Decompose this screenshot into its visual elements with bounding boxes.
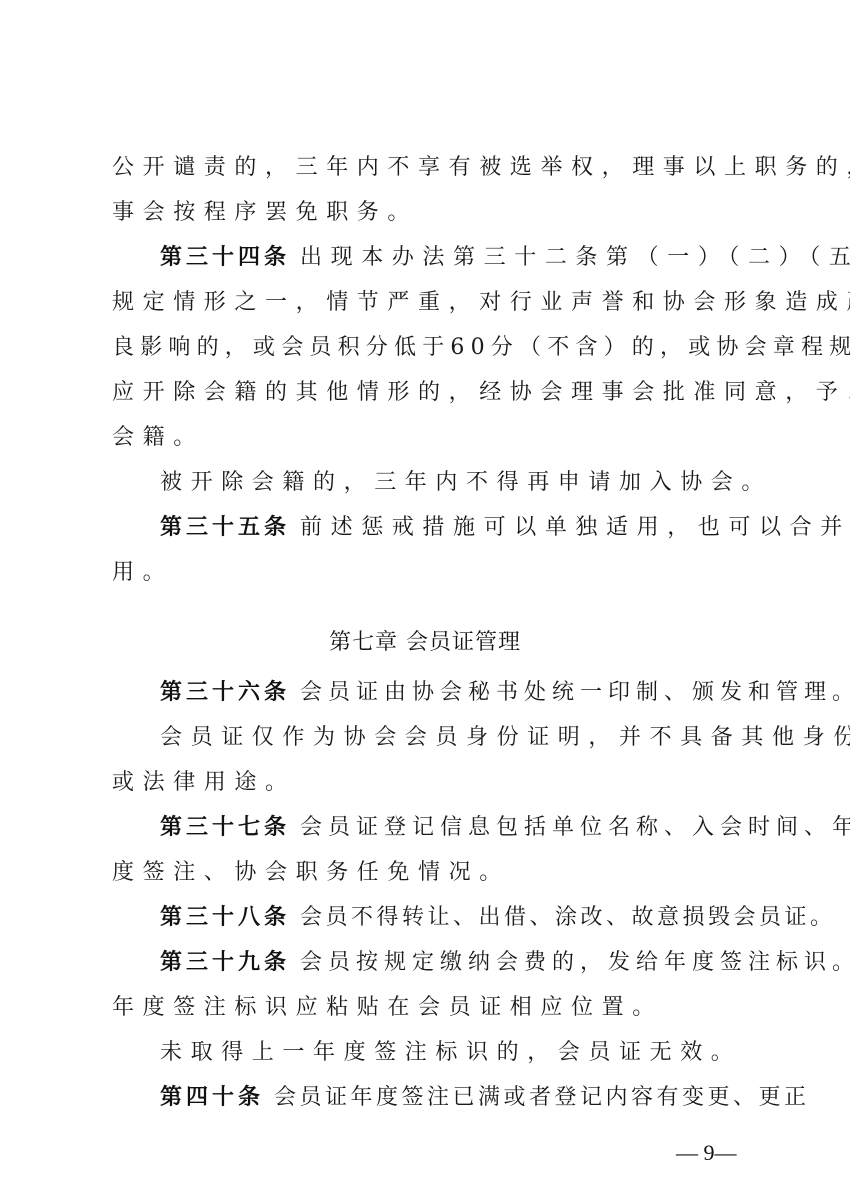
article-39: 第三十九条会员按规定缴纳会费的，发给年度签注标识。: [160, 948, 742, 978]
paragraph-line: 会员证仅作为协会会员身份证明，并不具备其他身份证明: [160, 723, 742, 753]
paragraph-line: 度签注、协会职务任免情况。: [112, 858, 742, 888]
article-text: 出现本办法第三十二条第（一）（二）（五）: [300, 245, 850, 270]
article-text: 会员按规定缴纳会费的，发给年度签注标识。: [300, 950, 850, 975]
document-page: 公开谴责的，三年内不享有被选举权，理事以上职务的，由理 事会按程序罢免职务。 第…: [0, 0, 850, 1203]
article-text: 会员不得转让、出借、涂改、故意损毁会员证。: [300, 905, 836, 930]
article-heading: 第三十五条: [160, 515, 290, 540]
article-37: 第三十七条会员证登记信息包括单位名称、入会时间、年: [160, 813, 742, 843]
article-heading: 第三十六条: [160, 680, 290, 705]
paragraph-line: 年度签注标识应粘贴在会员证相应位置。: [112, 993, 742, 1023]
article-text: 前述惩戒措施可以单独适用，也可以合并适: [300, 515, 850, 540]
chapter-title: 第七章 会员证管理: [0, 625, 850, 656]
article-heading: 第三十九条: [160, 950, 290, 975]
article-38: 第三十八条会员不得转让、出借、涂改、故意损毁会员证。: [160, 903, 742, 933]
article-text: 会员证登记信息包括单位名称、入会时间、年: [300, 815, 850, 840]
article-text: 会员证年度签注已满或者登记内容有变更、更正: [274, 1085, 810, 1110]
paragraph-line: 规定情形之一，情节严重，对行业声誉和协会形象造成严重不: [112, 288, 742, 318]
article-heading: 第三十七条: [160, 815, 290, 840]
article-36: 第三十六条会员证由协会秘书处统一印制、颁发和管理。: [160, 678, 742, 708]
paragraph-line: 未取得上一年度签注标识的，会员证无效。: [160, 1038, 742, 1068]
article-heading: 第三十八条: [160, 905, 290, 930]
article-34: 第三十四条出现本办法第三十二条第（一）（二）（五）: [160, 243, 742, 273]
paragraph-line: 或法律用途。: [112, 768, 742, 798]
paragraph-line: 会籍。: [112, 423, 742, 453]
paragraph-line: 公开谴责的，三年内不享有被选举权，理事以上职务的，由理: [112, 153, 742, 183]
article-heading: 第三十四条: [160, 245, 290, 270]
paragraph-line: 事会按程序罢免职务。: [112, 198, 742, 228]
paragraph-line: 良影响的，或会员积分低于60分（不含）的，或协会章程规定: [112, 333, 742, 363]
article-35: 第三十五条前述惩戒措施可以单独适用，也可以合并适: [160, 513, 742, 543]
article-text: 会员证由协会秘书处统一印制、颁发和管理。: [300, 680, 850, 705]
page-number: — 9—: [676, 1140, 737, 1166]
paragraph-line: 被开除会籍的，三年内不得再申请加入协会。: [160, 468, 742, 498]
paragraph-line: 应开除会籍的其他情形的，经协会理事会批准同意，予以开除: [112, 378, 742, 408]
paragraph-line: 用。: [112, 558, 742, 588]
article-heading: 第四十条: [160, 1085, 264, 1110]
article-40: 第四十条会员证年度签注已满或者登记内容有变更、更正: [160, 1083, 742, 1113]
